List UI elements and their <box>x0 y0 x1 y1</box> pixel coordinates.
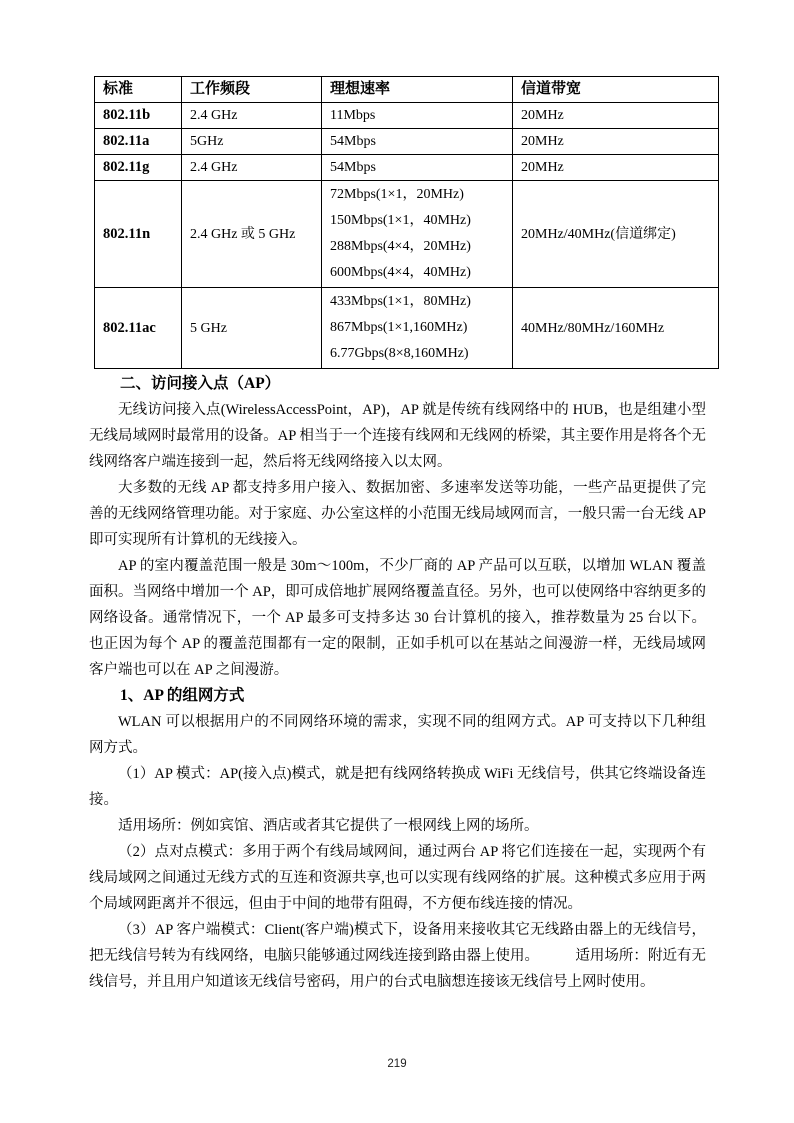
rate-line: 433Mbps(1×1，80MHz) <box>330 289 504 315</box>
cell-band: 2.4 GHz <box>182 103 322 129</box>
cell-standard: 802.11a <box>95 129 182 155</box>
table-header-row: 标准 工作频段 理想速率 信道带宽 <box>95 77 719 103</box>
cell-standard: 802.11ac <box>95 288 182 369</box>
table-header-rate: 理想速率 <box>322 77 513 103</box>
cell-bandwidth: 20MHz <box>513 103 719 129</box>
document-page: 标准 工作频段 理想速率 信道带宽 802.11b 2.4 GHz 11Mbps… <box>0 0 794 1123</box>
table-row-80211n: 802.11n 2.4 GHz 或 5 GHz 72Mbps(1×1，20MHz… <box>95 181 719 288</box>
cell-bandwidth: 40MHz/80MHz/160MHz <box>513 288 719 369</box>
table-row-80211ac: 802.11ac 5 GHz 433Mbps(1×1，80MHz) 867Mbp… <box>95 288 719 369</box>
subsection-heading-networking-modes: 1、AP 的组网方式 <box>89 683 706 709</box>
wifi-standards-table: 标准 工作频段 理想速率 信道带宽 802.11b 2.4 GHz 11Mbps… <box>94 76 719 369</box>
section-heading-ap: 二、访问接入点（AP） <box>89 371 706 397</box>
paragraph-ap-intro-2: 大多数的无线 AP 都支持多用户接入、数据加密、多速率发送等功能，一些产品更提供… <box>89 475 706 553</box>
table-row-80211a: 802.11a 5GHz 54Mbps 20MHz <box>95 129 719 155</box>
rate-line: 600Mbps(4×4，40MHz) <box>330 260 504 286</box>
cell-bandwidth: 20MHz <box>513 129 719 155</box>
cell-rate: 54Mbps <box>322 129 513 155</box>
cell-rate: 11Mbps <box>322 103 513 129</box>
cell-standard: 802.11n <box>95 181 182 288</box>
cell-standard: 802.11g <box>95 155 182 181</box>
paragraph-mode-1-ap: （1）AP 模式：AP(接入点)模式，就是把有线网络转换成 WiFi 无线信号，… <box>89 761 706 813</box>
cell-bandwidth: 20MHz <box>513 155 719 181</box>
paragraph-modes-intro: WLAN 可以根据用户的不同网络环境的需求，实现不同的组网方式。AP 可支持以下… <box>89 709 706 761</box>
paragraph-mode-1-usage: 适用场所：例如宾馆、酒店或者其它提供了一根网线上网的场所。 <box>89 813 706 839</box>
cell-standard: 802.11b <box>95 103 182 129</box>
table-header-bandwidth: 信道带宽 <box>513 77 719 103</box>
paragraph-ap-intro-3: AP 的室内覆盖范围一般是 30m～100m，不少厂商的 AP 产品可以互联，以… <box>89 553 706 683</box>
cell-band: 5GHz <box>182 129 322 155</box>
rate-line: 150Mbps(1×1，40MHz) <box>330 208 504 234</box>
body-content: 二、访问接入点（AP） 无线访问接入点(WirelessAccessPoint，… <box>89 371 706 995</box>
table-header-standard: 标准 <box>95 77 182 103</box>
page-number: 219 <box>0 1056 794 1072</box>
cell-rate-list: 72Mbps(1×1，20MHz) 150Mbps(1×1，40MHz) 288… <box>322 181 513 288</box>
cell-rate: 54Mbps <box>322 155 513 181</box>
paragraph-ap-intro-1: 无线访问接入点(WirelessAccessPoint，AP)，AP 就是传统有… <box>89 397 706 475</box>
rate-line: 6.77Gbps(8×8,160MHz) <box>330 341 504 367</box>
table-row-80211b: 802.11b 2.4 GHz 11Mbps 20MHz <box>95 103 719 129</box>
paragraph-mode-2-p2p: （2）点对点模式：多用于两个有线局域网间，通过两台 AP 将它们连接在一起，实现… <box>89 839 706 917</box>
table-header-band: 工作频段 <box>182 77 322 103</box>
rate-line: 867Mbps(1×1,160MHz) <box>330 315 504 341</box>
cell-band: 5 GHz <box>182 288 322 369</box>
cell-band: 2.4 GHz 或 5 GHz <box>182 181 322 288</box>
paragraph-mode-3-client: （3）AP 客户端模式：Client(客户端)模式下，设备用来接收其它无线路由器… <box>89 917 706 995</box>
rate-line: 72Mbps(1×1，20MHz) <box>330 182 504 208</box>
rate-line: 288Mbps(4×4，20MHz) <box>330 234 504 260</box>
cell-bandwidth: 20MHz/40MHz(信道绑定) <box>513 181 719 288</box>
cell-rate-list: 433Mbps(1×1，80MHz) 867Mbps(1×1,160MHz) 6… <box>322 288 513 369</box>
cell-band: 2.4 GHz <box>182 155 322 181</box>
table-row-80211g: 802.11g 2.4 GHz 54Mbps 20MHz <box>95 155 719 181</box>
